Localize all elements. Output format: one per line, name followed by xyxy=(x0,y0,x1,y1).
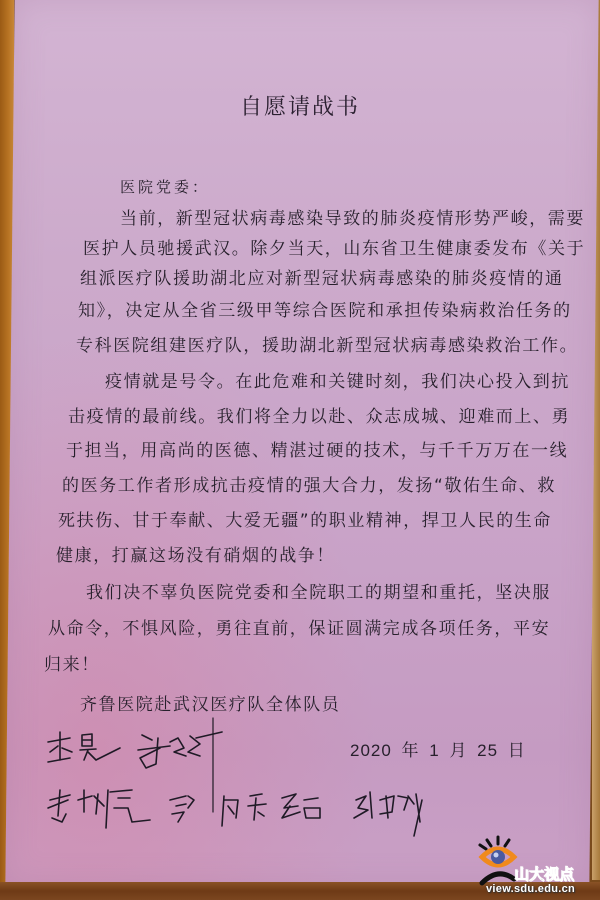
watermark-logo: 山大视点 view.sdu.edu.cn xyxy=(478,835,598,897)
signature-strokes-icon xyxy=(0,0,600,900)
watermark-brand-name: 山大视点 xyxy=(514,863,574,884)
watermark-url: view.sdu.edu.cn xyxy=(486,883,575,895)
